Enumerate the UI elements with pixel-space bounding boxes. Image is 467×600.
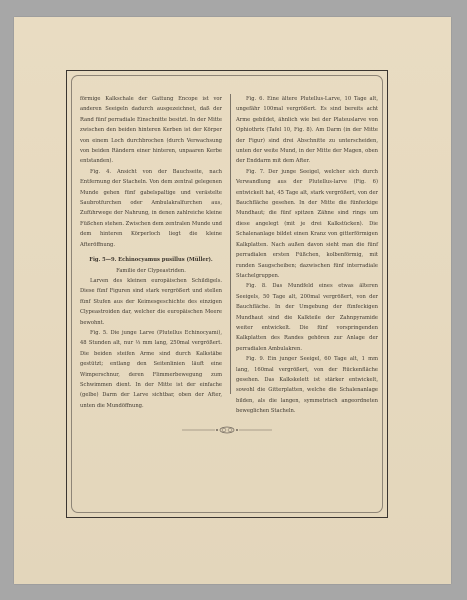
- section-subheading-family: Familie der Clypeastriden.: [80, 266, 222, 276]
- paragraph-fig7: Fig. 7. Der junge Seeigel, welcher sich …: [236, 167, 378, 281]
- column-divider: [230, 94, 231, 394]
- text-columns: förmige Kalkschale der Gattung Encope is…: [80, 94, 376, 406]
- paragraph-fig9: Fig. 9. Ein junger Seeigel, 60 Tage alt,…: [236, 354, 378, 416]
- paragraph-encope-continued: förmige Kalkschale der Gattung Encope is…: [80, 94, 222, 167]
- left-column: förmige Kalkschale der Gattung Encope is…: [80, 94, 222, 411]
- page-sheet: förmige Kalkschale der Gattung Encope is…: [14, 17, 451, 584]
- paragraph-larvae-intro: Larven des kleinen europäischen Schildig…: [80, 276, 222, 328]
- paragraph-fig6: Fig. 6. Eine ältere Plutellus-Larve, 10 …: [236, 94, 378, 167]
- paragraph-fig8: Fig. 8. Das Mundfeld eines etwas älteren…: [236, 281, 378, 354]
- fleuron-divider-icon: [182, 426, 272, 434]
- section-heading-echinocyamus: Fig. 5—9. Echinocyamus pusillus (Müller)…: [80, 255, 222, 265]
- paragraph-fig4: Fig. 4. Ansicht von der Bauchseite, nach…: [80, 167, 222, 250]
- paragraph-fig5: Fig. 5. Die junge Larve (Plutellus Echin…: [80, 328, 222, 411]
- right-column: Fig. 6. Eine ältere Plutellus-Larve, 10 …: [236, 94, 378, 417]
- page-frame-outer: förmige Kalkschale der Gattung Encope is…: [66, 70, 388, 518]
